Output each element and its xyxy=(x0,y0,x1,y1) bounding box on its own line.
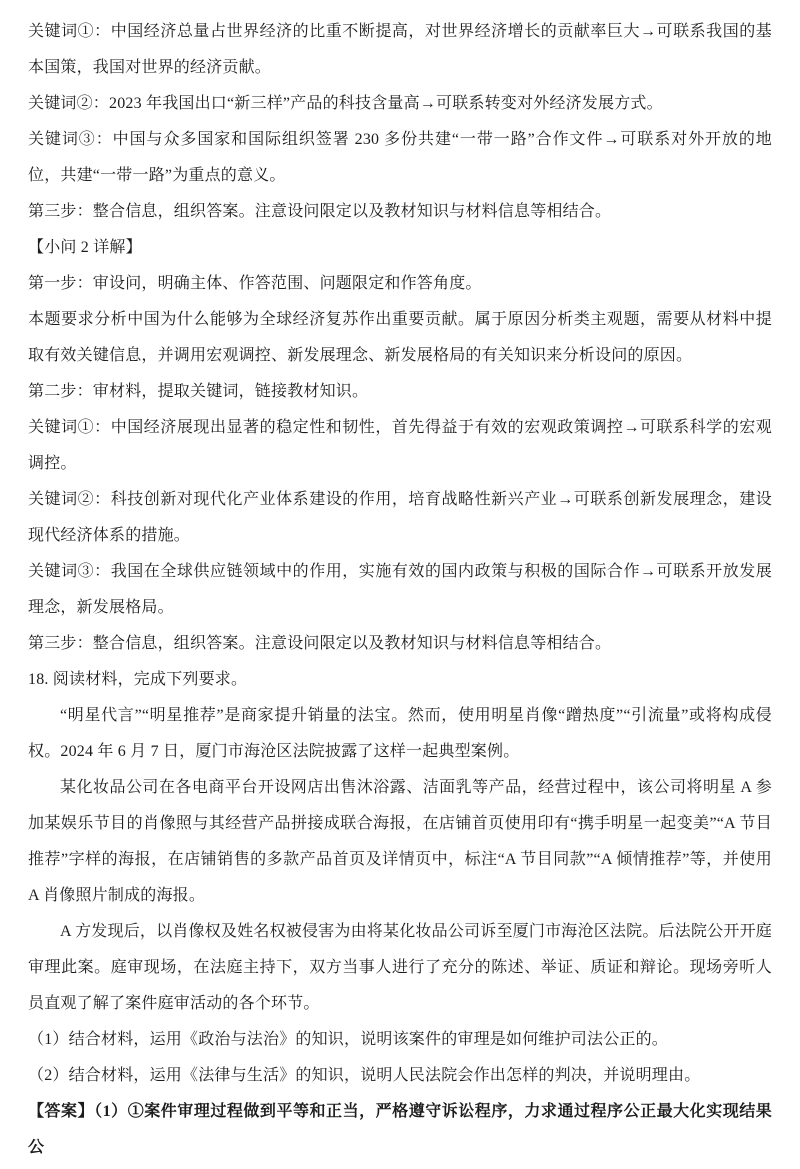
material-paragraph-1: “明星代言”“明星推荐”是商家提升销量的法宝。然而，使用明星肖像“蹭热度”“引流… xyxy=(28,698,772,770)
material-paragraph-3: A 方发现后，以肖像权及姓名权被侵害为由将某化妆品公司诉至厦门市海沧区法院。后法… xyxy=(28,914,772,1022)
analysis-paragraph: 本题要求分析中国为什么能够为全球经济复苏作出重要贡献。属于原因分析类主观题，需要… xyxy=(28,302,772,374)
step-3-line-2: 第三步：整合信息，组织答案。注意设问限定以及教材知识与材料信息等相结合。 xyxy=(28,626,772,662)
keyword-line-1: 关键词①：中国经济总量占世界经济的比重不断提高，对世界经济增长的贡献率巨大→可联… xyxy=(28,14,772,86)
keyword2-line-2: 关键词②：科技创新对现代化产业体系建设的作用，培育战略性新兴产业→可联系创新发展… xyxy=(28,482,772,554)
document-page: 关键词①：中国经济总量占世界经济的比重不断提高，对世界经济增长的贡献率巨大→可联… xyxy=(0,0,800,1169)
keyword-line-2: 关键词②：2023 年我国出口“新三样”产品的科技含量高→可联系转变对外经济发展… xyxy=(28,86,772,122)
sub-question-2-heading: 【小问 2 详解】 xyxy=(28,230,772,266)
step-1-line: 第一步：审设问，明确主体、作答范围、问题限定和作答角度。 xyxy=(28,266,772,302)
answer-line: 【答案】（1）①案件审理过程做到平等和正当，严格遵守诉讼程序，力求通过程序公正最… xyxy=(28,1094,772,1166)
question-18-stem: 18. 阅读材料，完成下列要求。 xyxy=(28,662,772,698)
sub-question-2: （2）结合材料，运用《法律与生活》的知识，说明人民法院会作出怎样的判决，并说明理… xyxy=(28,1058,772,1094)
keyword2-line-3: 关键词③：我国在全球供应链领域中的作用，实施有效的国内政策与积极的国际合作→可联… xyxy=(28,554,772,626)
keyword-line-3: 关键词③：中国与众多国家和国际组织签署 230 多份共建“一带一路”合作文件→可… xyxy=(28,122,772,194)
sub-question-1: （1）结合材料，运用《政治与法治》的知识，说明该案件的审理是如何维护司法公正的。 xyxy=(28,1022,772,1058)
material-paragraph-2: 某化妆品公司在各电商平台开设网店出售沐浴露、洁面乳等产品，经营过程中，该公司将明… xyxy=(28,770,772,914)
step-2-line: 第二步：审材料，提取关键词，链接教材知识。 xyxy=(28,374,772,410)
keyword2-line-1: 关键词①：中国经济展现出显著的稳定性和韧性，首先得益于有效的宏观政策调控→可联系… xyxy=(28,410,772,482)
step-3-line: 第三步：整合信息，组织答案。注意设问限定以及教材知识与材料信息等相结合。 xyxy=(28,194,772,230)
